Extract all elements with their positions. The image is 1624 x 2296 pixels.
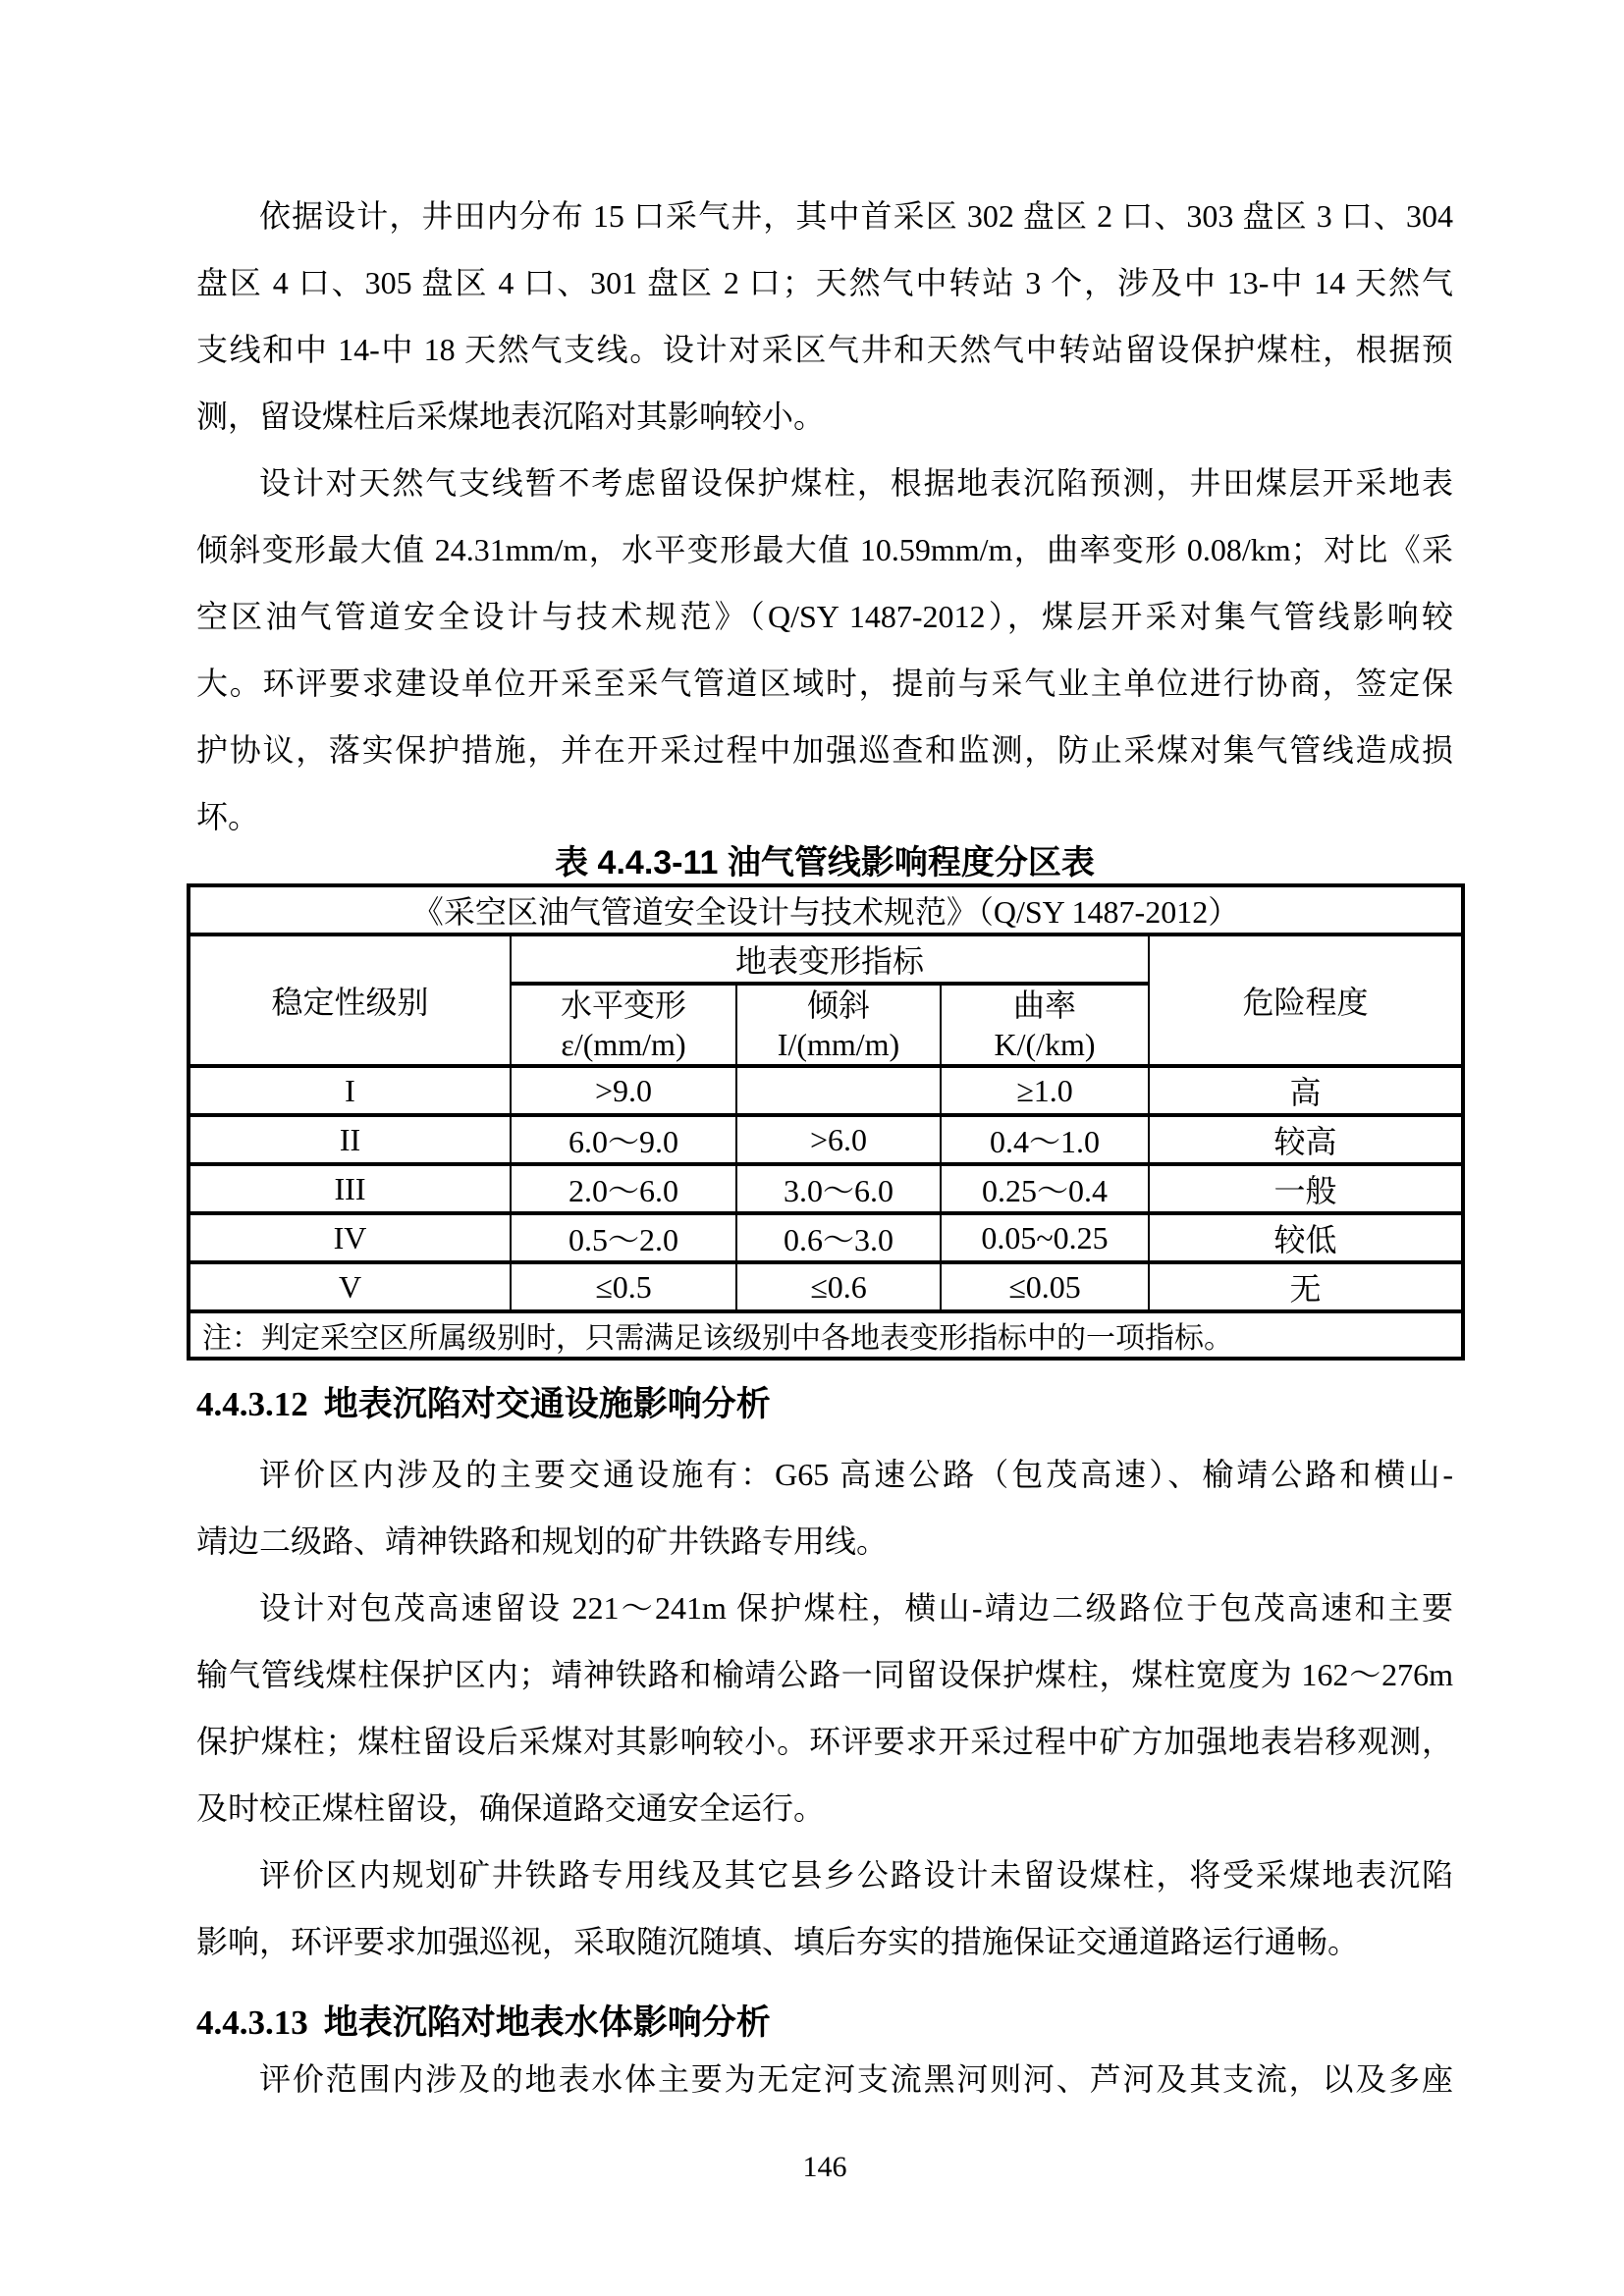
cell-risk: 较高: [1149, 1115, 1463, 1164]
text-line: 评价范围内涉及的地表水体主要为无定河支流黑河则河、芦河及其支流，以及多座: [196, 2046, 1453, 2112]
text-line: 及时校正煤柱留设，确保道路交通安全运行。: [196, 1775, 1453, 1842]
cell-horizontal: ≤0.5: [511, 1262, 736, 1311]
text-line: 大。环评要求建设单位开采至采气管道区域时，提前与采气业主单位进行协商，签定保: [196, 650, 1453, 717]
paragraph-coal-pillars: 设计对包茂高速留设 221～241m 保护煤柱，横山-靖边二级路位于包茂高速和主…: [196, 1575, 1453, 1842]
cell-level: I: [189, 1066, 511, 1115]
cell-level: IV: [189, 1213, 511, 1262]
header-stability-level: 稳定性级别: [189, 934, 511, 1066]
section-heading-4-4-3-12: 4.4.3.12地表沉陷对交通设施影响分析: [196, 1382, 1453, 1427]
header-surface-deformation-indicators: 地表变形指标: [511, 934, 1149, 984]
text-line: 靖边二级路、靖神铁路和规划的矿井铁路专用线。: [196, 1508, 1453, 1575]
text-line: 输气管线煤柱保护区内；靖神铁路和榆靖公路一同留设保护煤柱，煤柱宽度为 162～2…: [196, 1641, 1453, 1708]
header-risk-degree: 危险程度: [1149, 934, 1463, 1066]
header-col-name: 曲率: [942, 986, 1148, 1025]
table-header-row-1: 稳定性级别 地表变形指标 危险程度: [189, 934, 1463, 984]
cell-curvature: ≥1.0: [941, 1066, 1149, 1115]
header-col-unit: I/(mm/m): [737, 1025, 940, 1064]
pipeline-impact-zoning-table: 《采空区油气管道安全设计与技术规范》（Q/SY 1487-2012） 稳定性级别…: [187, 883, 1465, 1361]
text-line: 护协议，落实保护措施，并在开采过程中加强巡查和监测，防止采煤对集气管线造成损: [196, 717, 1453, 783]
table-row-level-1: I >9.0 ≥1.0 高: [189, 1066, 1463, 1115]
text-line: 设计对包茂高速留设 221～241m 保护煤柱，横山-靖边二级路位于包茂高速和主…: [196, 1575, 1453, 1641]
cell-horizontal: 0.5～2.0: [511, 1213, 736, 1262]
header-col-unit: ε/(mm/m): [512, 1025, 735, 1064]
cell-horizontal: 6.0～9.0: [511, 1115, 736, 1164]
page-content: 依据设计，井田内分布 15 口采气井，其中首采区 302 盘区 2 口、303 …: [196, 0, 1453, 2187]
document-page: 依据设计，井田内分布 15 口采气井，其中首采区 302 盘区 2 口、303 …: [0, 0, 1624, 2296]
cell-level: V: [189, 1262, 511, 1311]
cell-risk: 一般: [1149, 1164, 1463, 1213]
cell-horizontal: >9.0: [511, 1066, 736, 1115]
text-line: 倾斜变形最大值 24.31mm/m，水平变形最大值 10.59mm/m，曲率变形…: [196, 516, 1453, 583]
paragraph-traffic-facilities: 评价区内涉及的主要交通设施有：G65 高速公路（包茂高速）、榆靖公路和横山- 靖…: [196, 1441, 1453, 1575]
header-tilt: 倾斜 I/(mm/m): [736, 984, 941, 1066]
header-horizontal-deformation: 水平变形 ε/(mm/m): [511, 984, 736, 1066]
header-col-name: 水平变形: [512, 986, 735, 1025]
paragraph-surface-water: 评价范围内涉及的地表水体主要为无定河支流黑河则河、芦河及其支流，以及多座: [196, 2046, 1453, 2112]
table-row-level-5: V ≤0.5 ≤0.6 ≤0.05 无: [189, 1262, 1463, 1311]
cell-curvature: 0.05~0.25: [941, 1213, 1149, 1262]
section-title: 地表沉陷对交通设施影响分析: [324, 1385, 771, 1423]
text-line: 空区油气管道安全设计与技术规范》（Q/SY 1487-2012），煤层开采对集气…: [196, 583, 1453, 650]
header-curvature: 曲率 K/(/km): [941, 984, 1149, 1066]
header-col-name: 倾斜: [737, 986, 940, 1025]
cell-curvature: 0.4～1.0: [941, 1115, 1149, 1164]
cell-tilt: 3.0～6.0: [736, 1164, 941, 1213]
cell-tilt: 0.6～3.0: [736, 1213, 941, 1262]
text-line: 评价区内规划矿井铁路专用线及其它县乡公路设计未留设煤柱，将受采煤地表沉陷: [196, 1842, 1453, 1908]
table-row-level-2: II 6.0～9.0 >6.0 0.4～1.0 较高: [189, 1115, 1463, 1164]
page-number: 146: [196, 2148, 1453, 2187]
table-row-standard: 《采空区油气管道安全设计与技术规范》（Q/SY 1487-2012）: [189, 885, 1463, 934]
text-line: 影响，环评要求加强巡视，采取随沉随填、填后夯实的措施保证交通道路运行通畅。: [196, 1908, 1453, 1975]
text-line: 坏。: [196, 783, 1453, 850]
cell-curvature: ≤0.05: [941, 1262, 1149, 1311]
table-title: 表 4.4.3-11 油气管线影响程度分区表: [196, 842, 1453, 883]
cell-level: II: [189, 1115, 511, 1164]
text-line: 依据设计，井田内分布 15 口采气井，其中首采区 302 盘区 2 口、303 …: [196, 183, 1453, 249]
section-title: 地表沉陷对地表水体影响分析: [324, 2003, 771, 2042]
text-line: 评价区内涉及的主要交通设施有：G65 高速公路（包茂高速）、榆靖公路和横山-: [196, 1441, 1453, 1508]
paragraph-pipeline-impact: 设计对天然气支线暂不考虑留设保护煤柱，根据地表沉陷预测，井田煤层开采地表 倾斜变…: [196, 450, 1453, 850]
table-row-level-3: III 2.0～6.0 3.0～6.0 0.25～0.4 一般: [189, 1164, 1463, 1213]
table-note-row: 注：判定采空区所属级别时，只需满足该级别中各地表变形指标中的一项指标。: [189, 1311, 1463, 1359]
cell-tilt: [736, 1066, 941, 1115]
section-number: 4.4.3.12: [196, 1385, 308, 1423]
cell-risk: 无: [1149, 1262, 1463, 1311]
text-line: 支线和中 14-中 18 天然气支线。设计对采区气井和天然气中转站留设保护煤柱，…: [196, 316, 1453, 383]
cell-horizontal: 2.0～6.0: [511, 1164, 736, 1213]
header-col-unit: K/(/km): [942, 1025, 1148, 1064]
cell-tilt: ≤0.6: [736, 1262, 941, 1311]
section-heading-4-4-3-13: 4.4.3.13地表沉陷对地表水体影响分析: [196, 2001, 1453, 2046]
cell-risk: 较低: [1149, 1213, 1463, 1262]
text-line: 测，留设煤柱后采煤地表沉陷对其影响较小。: [196, 383, 1453, 450]
paragraph-railway-roads: 评价区内规划矿井铁路专用线及其它县乡公路设计未留设煤柱，将受采煤地表沉陷 影响，…: [196, 1842, 1453, 1975]
cell-risk: 高: [1149, 1066, 1463, 1115]
table-note: 注：判定采空区所属级别时，只需满足该级别中各地表变形指标中的一项指标。: [189, 1311, 1463, 1359]
cell-curvature: 0.25～0.4: [941, 1164, 1149, 1213]
cell-tilt: >6.0: [736, 1115, 941, 1164]
text-line: 盘区 4 口、305 盘区 4 口、301 盘区 2 口；天然气中转站 3 个，…: [196, 249, 1453, 316]
standard-name-cell: 《采空区油气管道安全设计与技术规范》（Q/SY 1487-2012）: [189, 885, 1463, 934]
table-row-level-4: IV 0.5～2.0 0.6～3.0 0.05~0.25 较低: [189, 1213, 1463, 1262]
paragraph-gas-wells: 依据设计，井田内分布 15 口采气井，其中首采区 302 盘区 2 口、303 …: [196, 183, 1453, 450]
text-line: 保护煤柱；煤柱留设后采煤对其影响较小。环评要求开采过程中矿方加强地表岩移观测，: [196, 1708, 1453, 1775]
section-number: 4.4.3.13: [196, 2003, 308, 2042]
cell-level: III: [189, 1164, 511, 1213]
text-line: 设计对天然气支线暂不考虑留设保护煤柱，根据地表沉陷预测，井田煤层开采地表: [196, 450, 1453, 516]
